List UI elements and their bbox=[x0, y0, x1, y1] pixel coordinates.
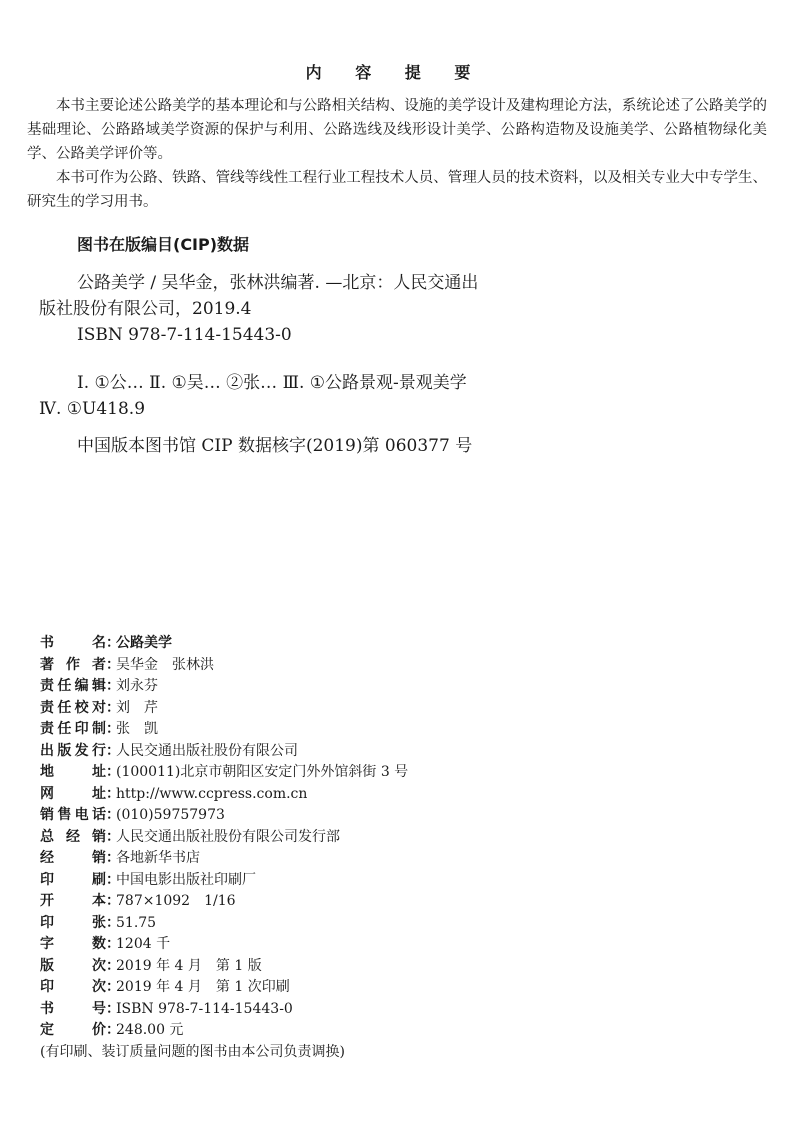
colophon-label-char: 版 bbox=[57, 741, 71, 763]
colophon-label: 印张 bbox=[40, 913, 106, 935]
colophon-value: 张 凯 bbox=[116, 719, 158, 741]
colophon-row: 责任编辑：刘永芬 bbox=[40, 676, 540, 698]
colophon-row: 版次：2019 年 4 月 第 1 版 bbox=[40, 956, 540, 978]
colophon-colon: ： bbox=[106, 913, 116, 935]
colophon-label-char: 次 bbox=[92, 977, 106, 999]
colophon-label: 版次 bbox=[40, 956, 106, 978]
abstract-paragraph: 本书可作为公路、铁路、管线等线性工程行业工程技术人员、管理人员的技术资料，以及相… bbox=[27, 166, 767, 214]
colophon-label-char: 任 bbox=[57, 698, 71, 720]
colophon-label: 字数 bbox=[40, 934, 106, 956]
colophon-value: 787×1092 1/16 bbox=[116, 891, 236, 913]
colophon: 书名：公路美学著作者：吴华金 张林洪责任编辑：刘永芬责任校对：刘 芹责任印制：张… bbox=[40, 633, 540, 1063]
colophon-row: 定价：248.00 元 bbox=[40, 1020, 540, 1042]
quality-note: (有印刷、装订质量问题的图书由本公司负责调换) bbox=[40, 1042, 540, 1064]
colophon-label: 总经销 bbox=[40, 827, 106, 849]
cip-approval: 中国版本图书馆 CIP 数据核字(2019)第 060377 号 bbox=[39, 433, 479, 459]
colophon-label-char: 印 bbox=[75, 719, 89, 741]
cip-heading: 图书在版编目(CIP)数据 bbox=[77, 232, 249, 255]
colophon-label-char: 辑 bbox=[92, 676, 106, 698]
colophon-label-char: 者 bbox=[92, 655, 106, 677]
colophon-label-char: 总 bbox=[40, 827, 54, 849]
colophon-label: 地址 bbox=[40, 762, 106, 784]
colophon-label-char: 售 bbox=[57, 805, 71, 827]
colophon-colon: ： bbox=[106, 999, 116, 1021]
colophon-label-char: 销 bbox=[40, 805, 54, 827]
colophon-value: 2019 年 4 月 第 1 版 bbox=[116, 956, 262, 978]
colophon-colon: ： bbox=[106, 741, 116, 763]
colophon-label-char: 张 bbox=[92, 913, 106, 935]
colophon-value: (100011)北京市朝阳区安定门外外馆斜街 3 号 bbox=[116, 762, 408, 784]
colophon-value: 2019 年 4 月 第 1 次印刷 bbox=[116, 977, 290, 999]
colophon-colon: ： bbox=[106, 655, 116, 677]
colophon-label-char: 对 bbox=[92, 698, 106, 720]
colophon-colon: ： bbox=[106, 676, 116, 698]
colophon-row: 责任校对：刘 芹 bbox=[40, 698, 540, 720]
colophon-value: 刘 芹 bbox=[116, 698, 158, 720]
colophon-value: 人民交通出版社股份有限公司发行部 bbox=[116, 827, 340, 849]
colophon-label: 销售电话 bbox=[40, 805, 106, 827]
colophon-row: 总经销：人民交通出版社股份有限公司发行部 bbox=[40, 827, 540, 849]
colophon-label-char: 作 bbox=[66, 655, 80, 677]
colophon-label: 责任印制 bbox=[40, 719, 106, 741]
abstract-paragraph: 本书主要论述公路美学的基本理论和与公路相关结构、设施的美学设计及建构理论方法，系… bbox=[27, 94, 767, 166]
colophon-value: (010)59757973 bbox=[116, 805, 225, 827]
colophon-row: 印刷：中国电影出版社印刷厂 bbox=[40, 870, 540, 892]
colophon-colon: ： bbox=[106, 934, 116, 956]
colophon-label-char: 印 bbox=[40, 913, 54, 935]
colophon-colon: ： bbox=[106, 784, 116, 806]
abstract: 本书主要论述公路美学的基本理论和与公路相关结构、设施的美学设计及建构理论方法，系… bbox=[27, 94, 767, 214]
colophon-row: 书名：公路美学 bbox=[40, 633, 540, 655]
colophon-colon: ： bbox=[106, 870, 116, 892]
colophon-value: 各地新华书店 bbox=[116, 848, 200, 870]
colophon-label-char: 书 bbox=[40, 999, 54, 1021]
colophon-row: 书号：ISBN 978-7-114-15443-0 bbox=[40, 999, 540, 1021]
colophon-colon: ： bbox=[106, 698, 116, 720]
colophon-label-char: 号 bbox=[92, 999, 106, 1021]
colophon-label-char: 字 bbox=[40, 934, 54, 956]
colophon-label: 印刷 bbox=[40, 870, 106, 892]
colophon-label: 责任编辑 bbox=[40, 676, 106, 698]
colophon-label-char: 址 bbox=[92, 762, 106, 784]
colophon-label-char: 开 bbox=[40, 891, 54, 913]
colophon-label-char: 价 bbox=[92, 1020, 106, 1042]
colophon-value: 51.75 bbox=[116, 913, 156, 935]
colophon-colon: ： bbox=[106, 977, 116, 999]
colophon-colon: ： bbox=[106, 719, 116, 741]
colophon-value: 吴华金 张林洪 bbox=[116, 655, 214, 677]
colophon-label: 网址 bbox=[40, 784, 106, 806]
colophon-label-char: 校 bbox=[75, 698, 89, 720]
colophon-label-char: 经 bbox=[40, 848, 54, 870]
colophon-row: 销售电话：(010)59757973 bbox=[40, 805, 540, 827]
colophon-row: 网址：http://www.ccpress.com.cn bbox=[40, 784, 540, 806]
colophon-label: 责任校对 bbox=[40, 698, 106, 720]
colophon-label: 书名 bbox=[40, 633, 106, 655]
colophon-row: 地址：(100011)北京市朝阳区安定门外外馆斜街 3 号 bbox=[40, 762, 540, 784]
colophon-label-char: 网 bbox=[40, 784, 54, 806]
colophon-label-char: 本 bbox=[92, 891, 106, 913]
colophon-value: 1204 千 bbox=[116, 934, 170, 956]
cip-classification-text: Ⅰ. ①公… Ⅱ. ①吴… ②张… Ⅲ. ①公路景观-景观美学 Ⅳ. ①U418… bbox=[39, 370, 479, 422]
colophon-label-char: 任 bbox=[57, 719, 71, 741]
colophon-label-char: 销 bbox=[92, 848, 106, 870]
cip-classification: Ⅰ. ①公… Ⅱ. ①吴… ②张… Ⅲ. ①公路景观-景观美学 Ⅳ. ①U418… bbox=[39, 370, 479, 422]
colophon-label-char: 书 bbox=[40, 633, 54, 655]
colophon-label-char: 著 bbox=[40, 655, 54, 677]
colophon-row: 开本：787×1092 1/16 bbox=[40, 891, 540, 913]
colophon-label-char: 电 bbox=[75, 805, 89, 827]
colophon-label-char: 销 bbox=[92, 827, 106, 849]
colophon-colon: ： bbox=[106, 891, 116, 913]
colophon-row: 责任印制：张 凯 bbox=[40, 719, 540, 741]
colophon-row: 著作者：吴华金 张林洪 bbox=[40, 655, 540, 677]
colophon-row: 印次：2019 年 4 月 第 1 次印刷 bbox=[40, 977, 540, 999]
colophon-row: 印张：51.75 bbox=[40, 913, 540, 935]
colophon-label-char: 定 bbox=[40, 1020, 54, 1042]
colophon-label-char: 址 bbox=[92, 784, 106, 806]
colophon-label-char: 出 bbox=[40, 741, 54, 763]
colophon-row: 出版发行：人民交通出版社股份有限公司 bbox=[40, 741, 540, 763]
colophon-label-char: 次 bbox=[92, 956, 106, 978]
colophon-label: 经销 bbox=[40, 848, 106, 870]
colophon-label: 定价 bbox=[40, 1020, 106, 1042]
colophon-value[interactable]: http://www.ccpress.com.cn bbox=[116, 784, 307, 806]
colophon-label-char: 话 bbox=[92, 805, 106, 827]
colophon-label: 开本 bbox=[40, 891, 106, 913]
cip-approval-text: 中国版本图书馆 CIP 数据核字(2019)第 060377 号 bbox=[39, 433, 479, 459]
colophon-colon: ： bbox=[106, 805, 116, 827]
colophon-label-char: 印 bbox=[40, 870, 54, 892]
colophon-value: 中国电影出版社印刷厂 bbox=[116, 870, 256, 892]
colophon-label: 著作者 bbox=[40, 655, 106, 677]
colophon-label: 书号 bbox=[40, 999, 106, 1021]
cip-isbn: ISBN 978-7-114-15443-0 bbox=[39, 322, 479, 348]
page-title: 内 容 提 要 bbox=[0, 60, 790, 83]
colophon-label-char: 责 bbox=[40, 719, 54, 741]
colophon-colon: ： bbox=[106, 1020, 116, 1042]
colophon-row: 字数：1204 千 bbox=[40, 934, 540, 956]
colophon-colon: ： bbox=[106, 848, 116, 870]
colophon-label-char: 刷 bbox=[92, 870, 106, 892]
colophon-label-char: 发 bbox=[75, 741, 89, 763]
colophon-colon: ： bbox=[106, 827, 116, 849]
colophon-value: 248.00 元 bbox=[116, 1020, 183, 1042]
colophon-row: 经销：各地新华书店 bbox=[40, 848, 540, 870]
colophon-value: 人民交通出版社股份有限公司 bbox=[116, 741, 298, 763]
colophon-value: ISBN 978-7-114-15443-0 bbox=[116, 999, 293, 1021]
colophon-label-char: 责 bbox=[40, 698, 54, 720]
colophon-label-char: 版 bbox=[40, 956, 54, 978]
colophon-colon: ： bbox=[106, 762, 116, 784]
colophon-label-char: 印 bbox=[40, 977, 54, 999]
colophon-label-char: 行 bbox=[92, 741, 106, 763]
colophon-label-char: 地 bbox=[40, 762, 54, 784]
colophon-label-char: 名 bbox=[92, 633, 106, 655]
cip-entry-text: 公路美学 / 吴华金，张林洪编著. —北京：人民交通出版社股份有限公司，2019… bbox=[39, 270, 479, 322]
colophon-label-char: 经 bbox=[66, 827, 80, 849]
colophon-label-char: 制 bbox=[92, 719, 106, 741]
colophon-label-char: 责 bbox=[40, 676, 54, 698]
colophon-label-char: 编 bbox=[75, 676, 89, 698]
colophon-label: 印次 bbox=[40, 977, 106, 999]
colophon-value: 公路美学 bbox=[116, 633, 172, 655]
colophon-colon: ： bbox=[106, 633, 116, 655]
cip-entry: 公路美学 / 吴华金，张林洪编著. —北京：人民交通出版社股份有限公司，2019… bbox=[39, 270, 479, 348]
colophon-colon: ： bbox=[106, 956, 116, 978]
colophon-value: 刘永芬 bbox=[116, 676, 158, 698]
colophon-label: 出版发行 bbox=[40, 741, 106, 763]
colophon-label-char: 数 bbox=[92, 934, 106, 956]
colophon-label-char: 任 bbox=[57, 676, 71, 698]
